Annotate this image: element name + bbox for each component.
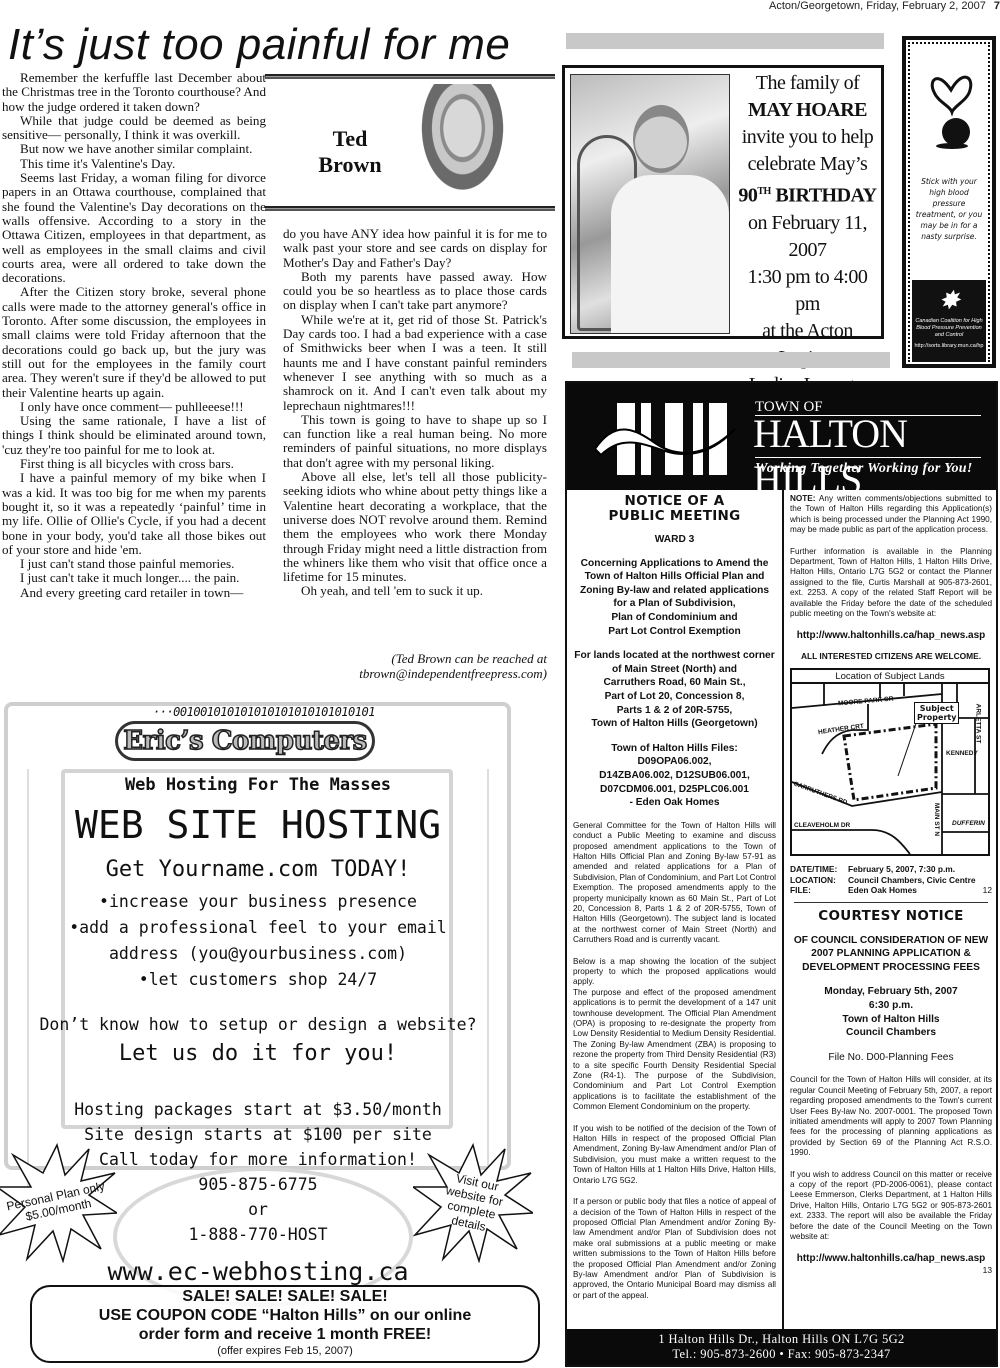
byline-box: Ted Brown xyxy=(265,74,555,214)
page-number: 7 xyxy=(994,0,1000,12)
author-email-link[interactable]: tbrown@independentfreepress.com) xyxy=(283,666,547,681)
paragraph: This town is going to have to shape up s… xyxy=(283,413,547,470)
grey-bar xyxy=(572,352,890,368)
paragraph: Remember the kerfuffle last December abo… xyxy=(2,71,266,114)
paragraph: do you have ANY idea how painful it is f… xyxy=(283,227,547,270)
subject-property-label: Subject Property xyxy=(914,702,959,724)
erics-computers-ad: ···001001010101010101010101010101 Eric’s… xyxy=(3,697,558,1365)
rule-divider xyxy=(265,206,555,211)
rule-divider xyxy=(265,74,555,79)
paragraph: Both my parents have passed away. How co… xyxy=(283,270,547,313)
ad-bullets: •increase your business presence •add a … xyxy=(3,889,513,993)
paragraph: And every greeting card retailer in town… xyxy=(2,586,266,600)
paragraph: I just can't take it much longer.... the… xyxy=(2,571,266,585)
paragraph: While that judge could be deemed as bein… xyxy=(2,114,266,143)
dateline: Acton/Georgetown, Friday, February 2, 20… xyxy=(769,0,986,12)
town-logo-icon xyxy=(595,399,745,479)
halton-hills-ad: TOWN OF HALTON HILLS Working Together Wo… xyxy=(565,381,998,1367)
starburst-left: Personal Plan only $5.00/month xyxy=(0,1143,117,1263)
paragraph: I have a painful memory of my bike when … xyxy=(2,471,266,557)
author-contact: (Ted Brown can be reached at tbrown@inde… xyxy=(283,651,547,681)
courtesy-website-link[interactable]: http://www.haltonhills.ca/hap_news.asp xyxy=(790,1253,992,1265)
page-header: Acton/Georgetown, Friday, February 2, 20… xyxy=(560,0,1000,14)
paragraph: Above all else, let's tell all those pub… xyxy=(283,470,547,584)
location-map: Location of Subject Lands xyxy=(790,668,990,856)
ad-headline: WEB SITE HOSTING xyxy=(3,801,513,849)
town-banner: TOWN OF HALTON HILLS Working Together Wo… xyxy=(567,383,996,490)
paragraph: But now we have another similar complain… xyxy=(2,142,266,156)
birthday-text: The family of MAY HOARE invite you to he… xyxy=(735,70,880,426)
article-column-1: Remember the kerfuffle last December abo… xyxy=(2,71,266,600)
paragraph: Using the same rationale, I have a list … xyxy=(2,414,266,457)
blood-pressure-ad: Stick with your high blood pressure trea… xyxy=(902,36,996,368)
paragraph: Oh yeah, and tell 'em to suck it up. xyxy=(283,584,547,598)
grey-bar xyxy=(566,33,884,49)
notice-right-column: NOTE: Any written comments/objections su… xyxy=(784,490,998,1331)
paragraph: First thing is all bicycles with cross b… xyxy=(2,457,266,471)
article-column-2: do you have ANY idea how painful it is f… xyxy=(283,227,547,599)
paragraph: I only have once comment— puhlleeese!!! xyxy=(2,400,266,414)
author-photo xyxy=(415,84,510,200)
paragraph: This time it's Valentine's Day. xyxy=(2,157,266,171)
paragraph: While we're at it, get rid of those St. … xyxy=(283,313,547,413)
article-headline: It’s just too painful for me xyxy=(8,20,558,70)
notice-website-link[interactable]: http://www.haltonhills.ca/hap_news.asp xyxy=(790,630,992,642)
heart-bomb-icon xyxy=(928,60,974,150)
coalition-url[interactable]: http://sorts.library.mun.ca/hp xyxy=(912,343,986,350)
paragraph: After the Citizen story broke, several p… xyxy=(2,285,266,399)
coalition-logo-box: ✸ Canadian Coalition for High Blood Pres… xyxy=(912,280,986,362)
starburst-right: Visit our website for complete details xyxy=(413,1143,533,1263)
binary-string: ···001001010101010101010101010101 xyxy=(153,705,375,719)
public-meeting-notice: NOTICE OF A PUBLIC MEETING WARD 3 Concer… xyxy=(567,490,784,1331)
ad-tagline: Web Hosting For The Masses xyxy=(3,775,513,795)
paragraph: Seems last Friday, a woman filing for di… xyxy=(2,171,266,285)
author-name: Ted Brown xyxy=(295,126,405,178)
ward-label: WARD 3 xyxy=(573,533,776,547)
courtesy-notice-title: COURTESY NOTICE xyxy=(790,909,992,924)
town-contact-footer: 1 Halton Hills Dr., Halton Hills ON L7G … xyxy=(567,1329,996,1365)
birthday-photo xyxy=(570,74,730,334)
coupon-box: SALE! SALE! SALE! SALE! USE COUPON CODE … xyxy=(30,1285,540,1363)
paragraph: I just can't stand those painful memorie… xyxy=(2,557,266,571)
birthday-announcement-ad: The family of MAY HOARE invite you to he… xyxy=(562,65,884,339)
bp-message: Stick with your high blood pressure trea… xyxy=(912,176,986,242)
maple-leaf-icon: ✸ xyxy=(936,286,962,314)
erics-computers-logo: Eric’s Computers xyxy=(115,721,375,761)
town-slogan: Working Together Working for You! xyxy=(755,461,973,477)
